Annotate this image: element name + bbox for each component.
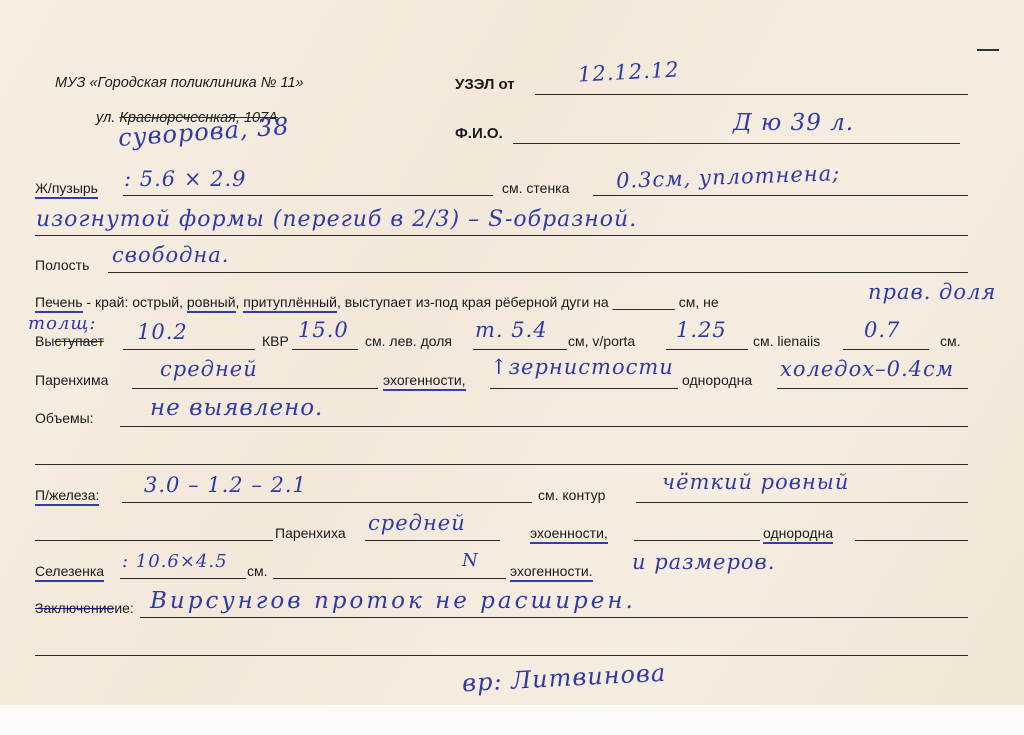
gallbladder-wall-line: [593, 195, 968, 196]
volumes-line: [120, 426, 968, 427]
left-lobe-line: [473, 349, 567, 350]
spleen-unit: см.: [247, 563, 268, 579]
parenchyma-line: [132, 388, 378, 389]
gallbladder-shape[interactable]: изогнутой формы (перегиб в 2/3) – S-обра…: [36, 207, 637, 232]
liver-edge-row: Печень - край: острый, ровный, притуплён…: [35, 294, 719, 310]
gallbladder-label: Ж/пузырь: [35, 180, 98, 196]
homog-value[interactable]: холедох–0.4см: [780, 357, 954, 381]
exam-label: УЗЭЛ от: [455, 76, 515, 93]
contour-label: см. контур: [538, 487, 605, 503]
spleen-echo-value[interactable]: и размеров.: [632, 550, 775, 574]
lienalis-label: см. lienaiis: [753, 333, 820, 349]
gallbladder-wall[interactable]: 0.3см, уплотнена;: [616, 161, 841, 193]
lienalis-unit: см.: [940, 333, 961, 349]
echo-line: [490, 388, 678, 389]
cavity-label: Полость: [35, 257, 89, 273]
homog-line: [777, 388, 968, 389]
pancreas-parenchyma-value[interactable]: средней: [368, 511, 466, 535]
cavity-value[interactable]: свободна.: [112, 243, 229, 267]
left-lobe-value[interactable]: т. 5.4: [475, 318, 548, 342]
homog-label: однородна: [682, 372, 752, 388]
volumes-label: Объемы:: [35, 410, 94, 426]
liver-thickness-note: толщ:: [28, 313, 96, 334]
spleen-echo-label: эхогенности.: [510, 563, 593, 579]
contour-line: [636, 502, 968, 503]
gallbladder-wall-label: см. стенка: [502, 180, 569, 196]
pancreas-size-line: [122, 502, 532, 503]
contour-value[interactable]: чёткий ровный: [662, 470, 849, 494]
vporta-value[interactable]: 1.25: [676, 318, 727, 342]
clinic-name: МУЗ «Городская поликлиника № 11»: [55, 75, 304, 91]
cavity-line: [108, 272, 968, 273]
lienalis-value[interactable]: 0.7: [864, 318, 900, 342]
pancreas-blank-line: [35, 540, 273, 541]
conclusion-blank-line: [35, 655, 968, 656]
conclusion-line: [140, 617, 968, 618]
kvr-line: [292, 349, 358, 350]
pancreas-echo-label: эхоенности,: [530, 525, 608, 541]
liver-protrudes-label: Выступает: [35, 333, 104, 349]
pancreas-label: П/железа:: [35, 487, 99, 503]
vporta-line: [666, 349, 748, 350]
spleen-size-line: [120, 578, 246, 579]
pancreas-parenchyma-label: Паренхиха: [275, 525, 346, 541]
echo-value[interactable]: ↑зернистости: [490, 355, 674, 379]
echo-label: эхогенности,: [383, 372, 466, 388]
pancreas-size[interactable]: 3.0 – 1.2 – 2.1: [144, 473, 307, 497]
conclusion-label: Заключениеие:: [35, 600, 134, 616]
conclusion-value[interactable]: Вирсунгов проток не расширен.: [150, 588, 636, 614]
ultrasound-report-form: МУЗ «Городская поликлиника № 11» ул. Кра…: [0, 0, 1024, 705]
pancreas-echo-line: [634, 540, 760, 541]
right-lobe-line: [123, 349, 255, 350]
exam-date-line: [535, 94, 968, 95]
gallbladder-size-line: [123, 195, 493, 196]
blank-line: [35, 464, 968, 465]
pancreas-homog-line: [855, 540, 968, 541]
spleen-norm-line: [273, 578, 506, 579]
pancreas-homog-label: однородна: [763, 525, 833, 541]
corner-mark: [977, 49, 999, 51]
parenchyma-value[interactable]: средней: [160, 357, 258, 381]
fio-value[interactable]: Д ю 39 л.: [733, 110, 854, 136]
scan-margin: [0, 705, 1024, 735]
spleen-norm-mark[interactable]: N: [462, 550, 479, 571]
vporta-label: см, v/porta: [568, 333, 635, 349]
volumes-value[interactable]: не выявлено.: [150, 395, 323, 421]
spleen-size[interactable]: : 10.6×4.5: [122, 551, 228, 572]
spleen-label: Селезенка: [35, 563, 104, 579]
fio-line: [513, 143, 960, 144]
kvr-value[interactable]: 15.0: [298, 318, 349, 342]
lienalis-line: [843, 349, 929, 350]
gallbladder-size[interactable]: : 5.6 × 2.9: [124, 167, 247, 191]
exam-date[interactable]: 12.12.12: [577, 57, 680, 86]
pancreas-parenchyma-line: [365, 540, 500, 541]
kvr-label: КВР: [262, 333, 289, 349]
left-lobe-label: см. лев. доля: [365, 333, 452, 349]
parenchyma-label: Паренхима: [35, 372, 108, 388]
fio-label: Ф.И.О.: [455, 125, 503, 142]
gallbladder-shape-line: [35, 235, 968, 236]
liver-right-lobe-note[interactable]: прав. доля: [868, 280, 996, 304]
doctor-signature: вр: Литвинова: [461, 659, 666, 698]
right-lobe-value[interactable]: 10.2: [137, 320, 188, 344]
